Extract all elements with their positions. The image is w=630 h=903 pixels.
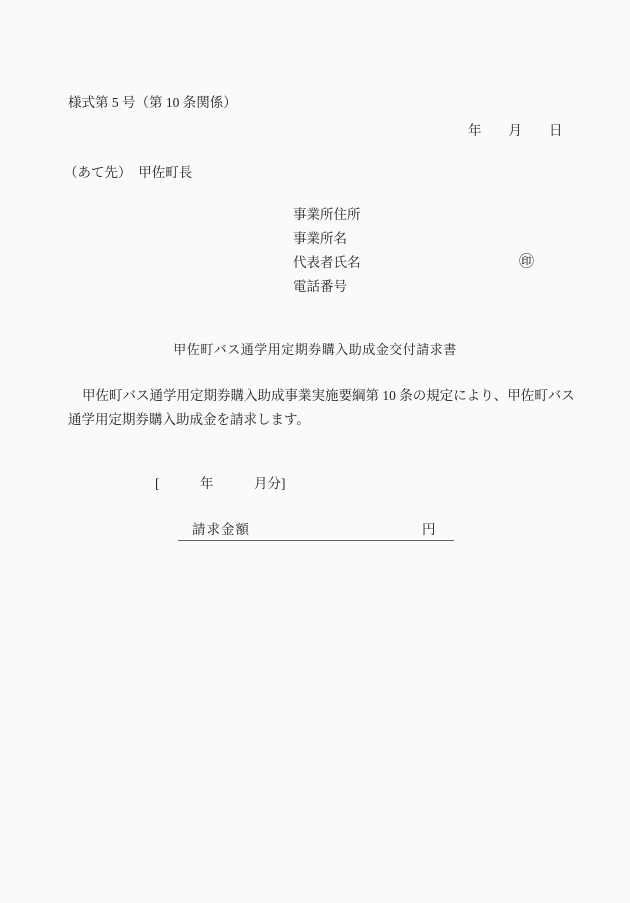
body-paragraph: 甲佐町バス通学用定期券購入助成事業実施要綱第 10 条の規定により、甲佐町バス … [68, 384, 573, 432]
amount-label: 請求金額 [192, 523, 250, 537]
document-page: 様式第 5 号（第 10 条関係） 年 月 日 （あて先） 甲佐町長 事業所住所… [0, 0, 630, 903]
addressee-line: （あて先） 甲佐町長 [64, 166, 192, 180]
body-text-line1: 甲佐町バス通学用定期券購入助成事業実施要綱第 10 条の規定により、甲佐町バス [68, 384, 573, 408]
office-name-label: 事業所名 [293, 227, 361, 251]
body-text-line2: 通学用定期券購入助成金を請求します。 [68, 408, 573, 432]
representative-name-label: 代表者氏名 [293, 251, 361, 275]
phone-number-label: 電話番号 [293, 275, 361, 299]
form-number: 様式第 5 号（第 10 条関係） [68, 96, 237, 110]
date-placeholder-line: 年 月 日 [468, 124, 563, 138]
document-title: 甲佐町バス通学用定期券購入助成金交付請求書 [0, 343, 630, 356]
amount-unit-yen: 円 [422, 523, 436, 537]
amount-fill-in-underline [178, 540, 454, 541]
office-address-label: 事業所住所 [293, 203, 361, 227]
seal-mark-icon: ㊞ [519, 255, 534, 270]
applicant-block: 事業所住所 事業所名 代表者氏名 電話番号 [293, 203, 361, 299]
period-placeholder-line: [ 年 月分] [155, 477, 286, 491]
